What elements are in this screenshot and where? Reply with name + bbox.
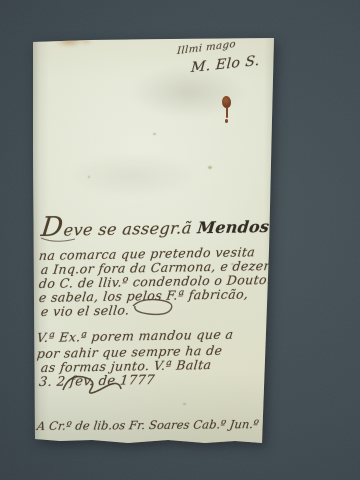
signature-line: A Cr.º de lib.os Fr. Soares Cab.º Jun.º …	[36, 417, 304, 433]
top-edge-stain	[79, 38, 93, 45]
ink-blot-dot	[225, 119, 228, 123]
manuscript-paper: Illmi mago M. Elo S. Deve se assegr.ã Me…	[33, 38, 275, 444]
ink-blot-tail	[226, 107, 228, 118]
handwritten-line: as formas junto. V.ª Balta	[40, 357, 212, 375]
foxing-speck	[183, 403, 186, 405]
ink-show-through	[131, 66, 246, 118]
foxing-speck	[208, 166, 212, 169]
opening-text: Deve se assegr.ã	[40, 218, 193, 240]
manuscript-photograph: Illmi mago M. Elo S. Deve se assegr.ã Me…	[0, 0, 360, 480]
foxing-speck	[88, 176, 90, 178]
handwritten-line: e vio el sello.	[40, 302, 130, 319]
handwritten-line: Deve se assegr.ã Mendos	[40, 216, 270, 241]
emphasized-word: Mendos	[196, 217, 270, 237]
handwritten-line: 3. 2 fev. de 1777	[38, 373, 155, 390]
foxing-speck	[153, 133, 156, 135]
paper-sheet: Illmi mago M. Elo S. Deve se assegr.ã Me…	[33, 38, 275, 444]
